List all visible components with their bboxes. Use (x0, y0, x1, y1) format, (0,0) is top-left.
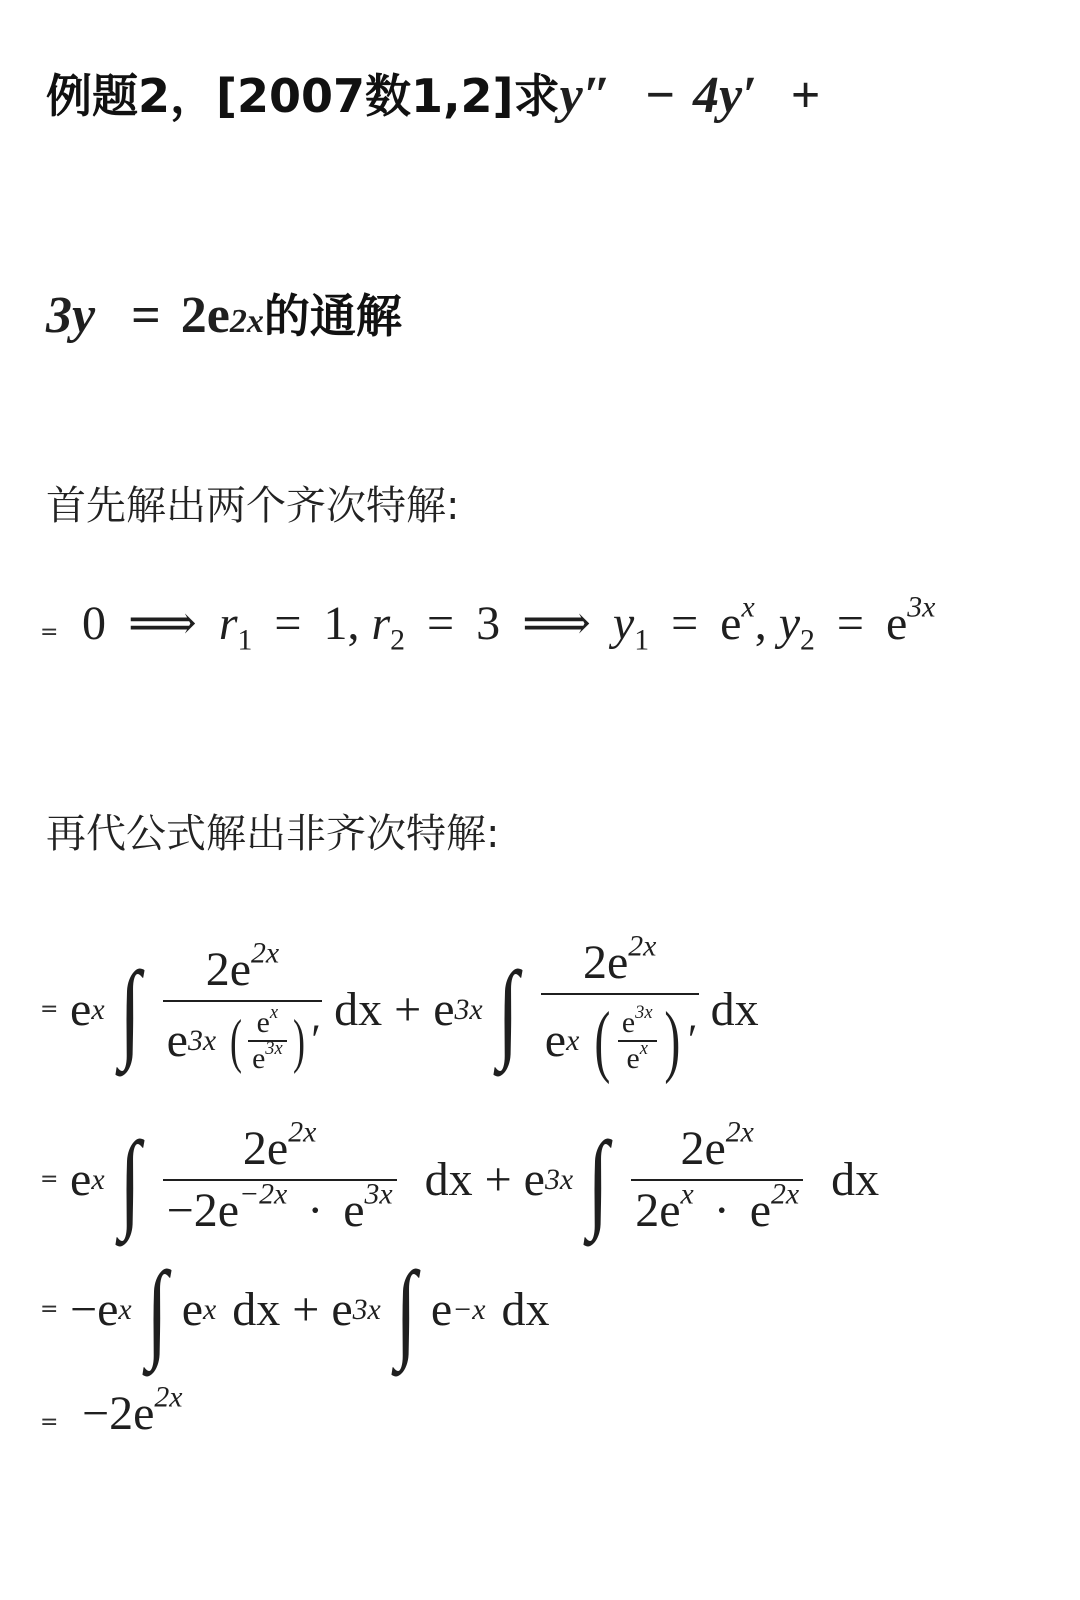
numerator-base: 2e (583, 936, 628, 989)
r2-value: 3 (476, 597, 500, 650)
integral-sign: ∫ (395, 1255, 416, 1365)
implies-arrow: ⟹ (128, 597, 197, 650)
rhs-coefficient: 2e (181, 287, 230, 344)
problem-title-suffix: 的通解 (264, 289, 402, 343)
particular-solution-line-3: = −ex ∫ ex dx + e3x ∫ e−x dx (40, 1250, 549, 1370)
y1-exponent: x (741, 591, 754, 624)
numerator-base: 2e (206, 943, 251, 996)
integral-sign: ∫ (588, 1125, 609, 1235)
fraction-bar (163, 1000, 322, 1002)
y2-base: e (886, 597, 907, 650)
leading-equals: = (40, 1169, 70, 1191)
fraction: 2e2x ex ( e3x ex )′ (541, 939, 699, 1081)
fraction: 2e2x 2ex · e2x (631, 1125, 803, 1235)
leading-equals: = (40, 1412, 70, 1434)
integral-sign: ∫ (119, 1125, 140, 1235)
particular-solution-line-2: = ex ∫ 2e2x −2e−2x · e3x dx + e3x ∫ 2e2x… (40, 1115, 879, 1245)
integral-sign: ∫ (146, 1255, 167, 1365)
homogeneous-solution-equation: = 0 ⟹ r1 = 1, r2 = 3 ⟹ y1 = ex, y2 = e3x (40, 600, 935, 648)
step2-heading: 再代公式解出非齐次特解: (46, 814, 499, 854)
denominator-base: e (545, 1017, 566, 1065)
four-y-prime: 4y′ (693, 67, 757, 124)
numerator-exponent: 2x (628, 930, 656, 963)
left-paren: ( (230, 1011, 242, 1071)
denominator-a-base: −2e (167, 1184, 239, 1237)
result-exponent: 2x (154, 1381, 182, 1414)
particular-solution-result: = −2e2x (40, 1390, 182, 1438)
coef-base: −e (70, 1286, 118, 1334)
denominator-a-base: 2e (635, 1184, 680, 1237)
fraction: 2e2x −2e−2x · e3x (163, 1125, 397, 1235)
plus-sign: + (791, 67, 821, 124)
result-base: −2e (82, 1387, 154, 1440)
inner-numerator-exponent: x (270, 1002, 278, 1022)
coef-base: e (70, 986, 91, 1034)
leading-equals: = (40, 622, 70, 644)
inner-denominator-exponent: 3x (265, 1038, 282, 1058)
r2-subscript: 2 (390, 623, 405, 656)
r1: r (219, 597, 238, 650)
equals: = (427, 597, 454, 650)
integral-sign: ∫ (497, 955, 518, 1065)
equals-sign: = (131, 287, 161, 344)
y2-exponent: 3x (907, 591, 935, 624)
equals: = (671, 597, 698, 650)
equals: = (274, 597, 301, 650)
prime-mark: ′ (309, 1019, 318, 1062)
equals: = (837, 597, 864, 650)
multiply-dot: · (307, 1184, 323, 1237)
inner-numerator-exponent: 3x (635, 1002, 652, 1022)
numerator-base: 2e (680, 1122, 725, 1175)
inner-denominator-base: e (252, 1042, 265, 1075)
y1-base: e (720, 597, 741, 650)
step1-heading: 首先解出两个齐次特解: (46, 486, 459, 526)
denominator-b-exponent: 2x (771, 1178, 799, 1211)
inner-numerator-base: e (257, 1006, 270, 1039)
denominator-b-base: e (343, 1184, 364, 1237)
dx: dx (831, 1156, 879, 1204)
numerator-exponent: 2x (251, 937, 279, 970)
numerator-exponent: 2x (726, 1116, 754, 1149)
y1-subscript: 1 (634, 623, 649, 656)
inner-fraction: ex e3x (248, 1008, 287, 1074)
plus-sign: + (292, 1286, 319, 1334)
integrand-base: e (182, 1286, 203, 1334)
numerator-exponent: 2x (288, 1116, 316, 1149)
multiply-dot: · (714, 1184, 730, 1237)
inner-denominator-exponent: x (640, 1038, 648, 1058)
integral-sign: ∫ (119, 955, 140, 1065)
rhs-exponent: 2x (230, 303, 264, 340)
r2: r (371, 597, 390, 650)
coef-base: e (70, 1156, 91, 1204)
y2-subscript: 2 (800, 623, 815, 656)
y2: y (779, 597, 800, 650)
three-y: 3y (46, 287, 95, 344)
right-paren: ) (293, 1011, 305, 1071)
coef-base: e (524, 1156, 545, 1204)
fraction-bar (541, 993, 699, 995)
right-paren: ) (664, 1001, 680, 1081)
inner-fraction: e3x ex (618, 1008, 657, 1074)
coef-base: e (433, 986, 454, 1034)
coef-base: e (331, 1286, 352, 1334)
numerator-base: 2e (243, 1122, 288, 1175)
dx: dx (334, 983, 382, 1036)
fraction: 2e2x e3x ( ex e3x )′ (163, 946, 322, 1074)
implies-arrow: ⟹ (522, 597, 591, 650)
dx: dx (501, 1286, 549, 1334)
particular-solution-line-1: = ex ∫ 2e2x e3x ( ex e3x )′ dx + e3x ∫ 2… (40, 920, 759, 1100)
problem-title-text: 例题2，[2007数1,2]求 (46, 69, 560, 123)
integrand-base: e (431, 1286, 452, 1334)
left-paren: ( (595, 1001, 611, 1081)
denominator-base: e (167, 1017, 188, 1065)
leading-equals: = (40, 999, 70, 1021)
r1-value: 1, (323, 597, 359, 650)
y1: y (613, 597, 634, 650)
dx: dx (425, 1156, 473, 1204)
comma: , (755, 597, 767, 650)
problem-title-line-1: 例题2，[2007数1,2]求y″ −4y′ + (46, 70, 820, 122)
minus-sign: − (645, 67, 675, 124)
dx: dx (232, 1286, 280, 1334)
problem-title-line-2: 3y =2e2x的通解 (46, 290, 402, 342)
dx: dx (711, 986, 759, 1034)
denominator-b-exponent: 3x (365, 1178, 393, 1211)
y-double-prime: y″ (560, 67, 612, 124)
plus-sign: + (394, 986, 421, 1034)
r1-subscript: 1 (238, 623, 253, 656)
prime-mark: ′ (685, 1019, 694, 1062)
denominator-a-exponent: −2x (239, 1178, 287, 1211)
denominator-a-exponent: x (681, 1178, 694, 1211)
inner-denominator-base: e (627, 1042, 640, 1075)
leading-equals: = (40, 1299, 70, 1321)
zero: 0 (82, 597, 106, 650)
denominator-b-base: e (750, 1184, 771, 1237)
inner-numerator-base: e (622, 1006, 635, 1039)
plus-sign: + (485, 1156, 512, 1204)
